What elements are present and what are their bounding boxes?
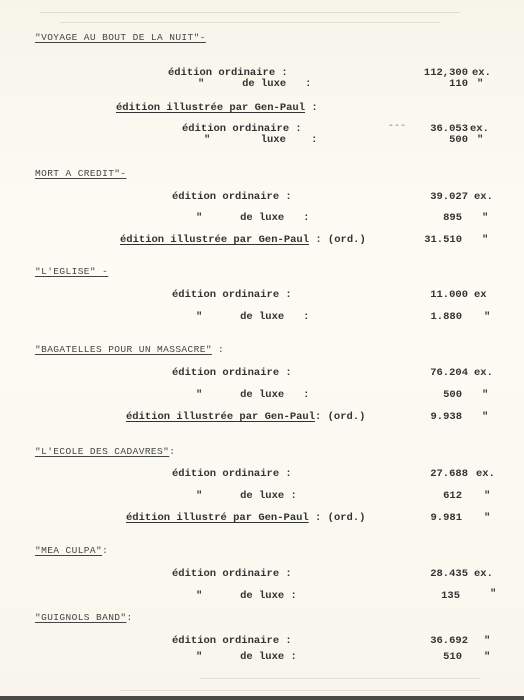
- entry-unit: ": [484, 635, 490, 647]
- show-through-line: [120, 690, 480, 691]
- section-title-bagatelles: "BAGATELLES POUR UN MASSACRE" :: [35, 344, 224, 356]
- entry-label: édition ordinaire :: [172, 468, 292, 480]
- entry-value: 76.204: [398, 367, 468, 379]
- entry-label: " de luxe :: [196, 590, 297, 602]
- entry-value: 510: [392, 651, 462, 663]
- entry-label: " luxe :: [204, 134, 317, 146]
- section-title-guignols-band: "GUIGNOLS BAND":: [35, 612, 133, 624]
- entry-unit: ex.: [474, 367, 493, 379]
- entry-unit: ex.: [474, 191, 493, 203]
- section-title-eglise: "L'EGLISE" -: [35, 266, 108, 278]
- entry-value: 28.435: [398, 568, 468, 580]
- entry-unit: ex.: [474, 568, 493, 580]
- entry-value: 500: [398, 134, 468, 146]
- entry-label: édition ordinaire :: [172, 635, 292, 647]
- entry-label: " de luxe :: [196, 651, 297, 663]
- entry-unit: ": [482, 411, 488, 423]
- entry-value: 135: [390, 590, 460, 602]
- section-title-voyage: "VOYAGE AU BOUT DE LA NUIT"-: [35, 32, 206, 44]
- illustrated-edition-entry: édition illustré par Gen-Paul : (ord.): [126, 512, 365, 524]
- entry-unit: ": [482, 389, 488, 401]
- entry-value: 612: [392, 490, 462, 502]
- entry-label: édition ordinaire :: [172, 568, 292, 580]
- entry-unit: ": [482, 234, 488, 246]
- entry-value: 11.000: [398, 289, 468, 301]
- entry-value: 895: [392, 212, 462, 224]
- entry-value: 110: [398, 78, 468, 90]
- entry-label: édition ordinaire :: [172, 191, 292, 203]
- entry-unit: ex.: [476, 468, 495, 480]
- entry-label: " de luxe :: [196, 389, 309, 401]
- entry-value: 36.692: [398, 635, 468, 647]
- typewritten-page: "VOYAGE AU BOUT DE LA NUIT"- édition ord…: [0, 0, 524, 696]
- entry-label: " de luxe :: [198, 78, 311, 90]
- entry-value: 500: [392, 389, 462, 401]
- entry-label: " de luxe :: [196, 212, 309, 224]
- entry-unit: ": [477, 78, 483, 90]
- section-title-mort-a-credit: MORT A CREDIT"-: [35, 168, 127, 180]
- entry-value: 31.510: [392, 234, 462, 246]
- entry-label: " de luxe :: [196, 311, 309, 323]
- entry-unit: ": [482, 212, 488, 224]
- entry-unit: ": [484, 512, 490, 524]
- illustrated-edition-entry: édition illustrée par Gen-Paul: (ord.): [126, 411, 365, 423]
- entry-value: 9.938: [392, 411, 462, 423]
- show-through-line: [200, 678, 480, 679]
- entry-unit: ": [484, 651, 490, 663]
- illustrated-edition-entry: édition illustrée par Gen-Paul : (ord.): [120, 234, 366, 246]
- illustrated-edition-heading: édition illustrée par Gen-Paul :: [116, 102, 318, 114]
- section-title-mea-culpa: "MEA CULPA":: [35, 545, 108, 557]
- entry-value: 27.688: [398, 468, 468, 480]
- entry-unit: ": [484, 311, 490, 323]
- entry-unit: ex: [474, 289, 487, 301]
- entry-value: 1.880: [392, 311, 462, 323]
- entry-unit: ": [490, 588, 496, 600]
- entry-label: édition ordinaire :: [172, 289, 292, 301]
- page-bottom-edge: [0, 696, 524, 700]
- entry-value: 9.981: [392, 512, 462, 524]
- entry-unit: ": [484, 490, 490, 502]
- entry-label: édition ordinaire :: [172, 367, 292, 379]
- entry-label: " de luxe :: [196, 490, 297, 502]
- entry-unit: ": [477, 134, 483, 146]
- entry-value: 39.027: [398, 191, 468, 203]
- show-through-line: [60, 22, 440, 23]
- show-through-line: [40, 12, 460, 13]
- section-title-ecole-des-cadavres: "L'ECOLE DES CADAVRES":: [35, 446, 175, 458]
